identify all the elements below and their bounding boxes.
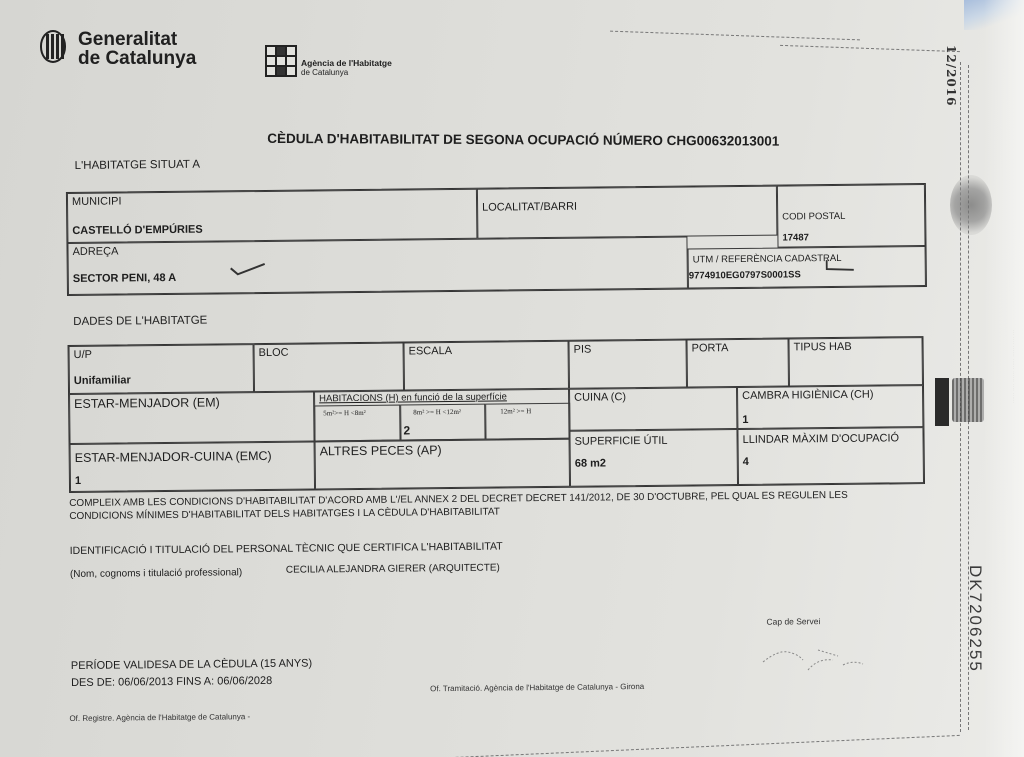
underline-annotation-icon xyxy=(824,258,862,272)
porta-label: PORTA xyxy=(692,342,729,354)
escala-label: ESCALA xyxy=(409,345,453,357)
signature-scribble xyxy=(758,640,868,680)
side-fine-print: ··· ···· ······ ······ ······ ···· ·····… xyxy=(1011,330,1016,404)
technician-label: (Nom, cognoms i titulació professional) xyxy=(70,566,242,581)
field-municipi: MUNICIPI CASTELLÓ D'EMPÚRIES xyxy=(67,189,478,243)
field-up: U/P Unifamiliar xyxy=(69,344,254,394)
document-title: CÈDULA D'HABITABILITAT DE SEGONA OCUPACI… xyxy=(267,131,779,149)
localitat-label: LOCALITAT/BARRI xyxy=(482,201,577,214)
range-1-label: 5m²>= H <8m² xyxy=(323,409,366,417)
habitacions-range-3: 12m² >= H xyxy=(485,403,570,440)
footer-tramitacio: Of. Tramitació. Agència de l'Habitatge d… xyxy=(430,682,644,693)
cuina-label: CUINA (C) xyxy=(574,391,626,404)
llindar-label: LLINDAR MÀXIM D'OCUPACIÓ xyxy=(742,432,899,446)
certificate-content: CÈDULA D'HABITABILITAT DE SEGONA OCUPACI… xyxy=(0,0,1024,757)
field-superficie-util: SUPERFICIE ÚTIL 68 m2 xyxy=(569,429,738,487)
field-cambra-higienica: CAMBRA HIGIÈNICA (CH) 1 xyxy=(737,385,923,429)
field-adreca: ADREÇA SECTOR PENI, 48 A xyxy=(67,237,688,295)
dwelling-section-label: DADES DE L'HABITATGE xyxy=(73,315,207,328)
estar-menjador-label: ESTAR-MENJADOR (EM) xyxy=(74,395,220,411)
estar-menjador-cuina-label: ESTAR-MENJADOR-CUINA (EMC) xyxy=(75,449,272,465)
range-2-value: 2 xyxy=(403,423,410,437)
field-bloc: BLOC xyxy=(254,343,404,393)
footer-registre: Of. Registre. Agència de l'Habitatge de … xyxy=(69,712,250,723)
validity-dates: DES DE: 06/06/2013 FINS A: 06/06/2028 xyxy=(71,675,272,690)
referencia-label: UTM / REFERÈNCIA CADASTRAL xyxy=(693,253,842,266)
checkmark-annotation-icon xyxy=(229,262,267,276)
up-value: Unifamiliar xyxy=(74,374,131,387)
habitacions-range-2: 8m² >= H <12m² 2 xyxy=(400,404,485,441)
field-estar-menjador-cuina: ESTAR-MENJADOR-CUINA (EMC) 1 xyxy=(70,441,315,492)
municipi-label: MUNICIPI xyxy=(72,195,122,208)
superficie-util-value: 68 m2 xyxy=(575,457,606,469)
field-estar-menjador: ESTAR-MENJADOR (EM) xyxy=(69,391,315,444)
superficie-util-label: SUPERFICIE ÚTIL xyxy=(574,435,667,448)
validity-heading: PERÍODE VALIDESA DE LA CÈDULA (15 ANYS) xyxy=(71,657,312,673)
document-page: Generalitat de Catalunya Agència de l'Ha… xyxy=(0,0,1024,757)
field-altres-peces: ALTRES PECES (AP) xyxy=(315,439,570,490)
field-tipus-hab: TIPUS HAB xyxy=(788,337,922,386)
cambra-higienica-label: CAMBRA HIGIÈNICA (CH) xyxy=(742,389,874,402)
municipi-value: CASTELLÓ D'EMPÚRIES xyxy=(72,224,202,237)
field-localitat: LOCALITAT/BARRI xyxy=(477,186,778,239)
adreca-label: ADREÇA xyxy=(72,245,118,257)
technician-name: CECILIA ALEJANDRA GIERER (ARQUITECTE) xyxy=(286,562,500,577)
field-referencia-cadastral: UTM / REFERÈNCIA CADASTRAL 9774910EG0797… xyxy=(688,246,926,288)
technician-heading: IDENTIFICACIÓ I TITULACIÓ DEL PERSONAL T… xyxy=(70,540,503,558)
location-table: MUNICIPI CASTELLÓ D'EMPÚRIES LOCALITAT/B… xyxy=(66,183,927,296)
range-2-label: 8m² >= H <12m² xyxy=(413,408,461,416)
up-label: U/P xyxy=(74,349,92,361)
habitacions-range-1: 5m²>= H <8m² xyxy=(314,405,400,442)
dwelling-table: U/P Unifamiliar BLOC ESCALA PIS PORTA TI… xyxy=(68,336,926,493)
field-cuina: CUINA (C) xyxy=(569,387,737,431)
estar-menjador-cuina-value: 1 xyxy=(75,475,81,487)
field-porta: PORTA xyxy=(686,338,788,387)
field-habitacions: HABITACIONS (H) en funció de la superfíc… xyxy=(314,389,570,442)
llindar-value: 4 xyxy=(743,456,749,468)
field-llindar-ocupacio: LLINDAR MÀXIM D'OCUPACIÓ 4 xyxy=(737,427,924,485)
field-codi-postal: CODI POSTAL 17487 xyxy=(777,184,926,248)
bloc-label: BLOC xyxy=(259,347,289,359)
location-section-label: L'HABITATGE SITUAT A xyxy=(75,159,200,172)
pis-label: PIS xyxy=(574,344,592,356)
codi-postal-value: 17487 xyxy=(782,232,809,243)
referencia-value: 9774910EG0797S0001SS xyxy=(689,269,801,281)
field-escala: ESCALA xyxy=(404,341,569,391)
field-pis: PIS xyxy=(569,340,687,389)
habitacions-label: HABITACIONS (H) en funció de la superfíc… xyxy=(319,391,507,404)
codi-postal-label: CODI POSTAL xyxy=(782,211,845,223)
cambra-higienica-value: 1 xyxy=(742,414,748,426)
tipus-hab-label: TIPUS HAB xyxy=(794,341,852,354)
adreca-value: SECTOR PENI, 48 A xyxy=(73,272,176,285)
signature-label: Cap de Servei xyxy=(766,616,820,627)
range-3-label: 12m² >= H xyxy=(500,407,531,415)
altres-peces-label: ALTRES PECES (AP) xyxy=(320,443,442,458)
